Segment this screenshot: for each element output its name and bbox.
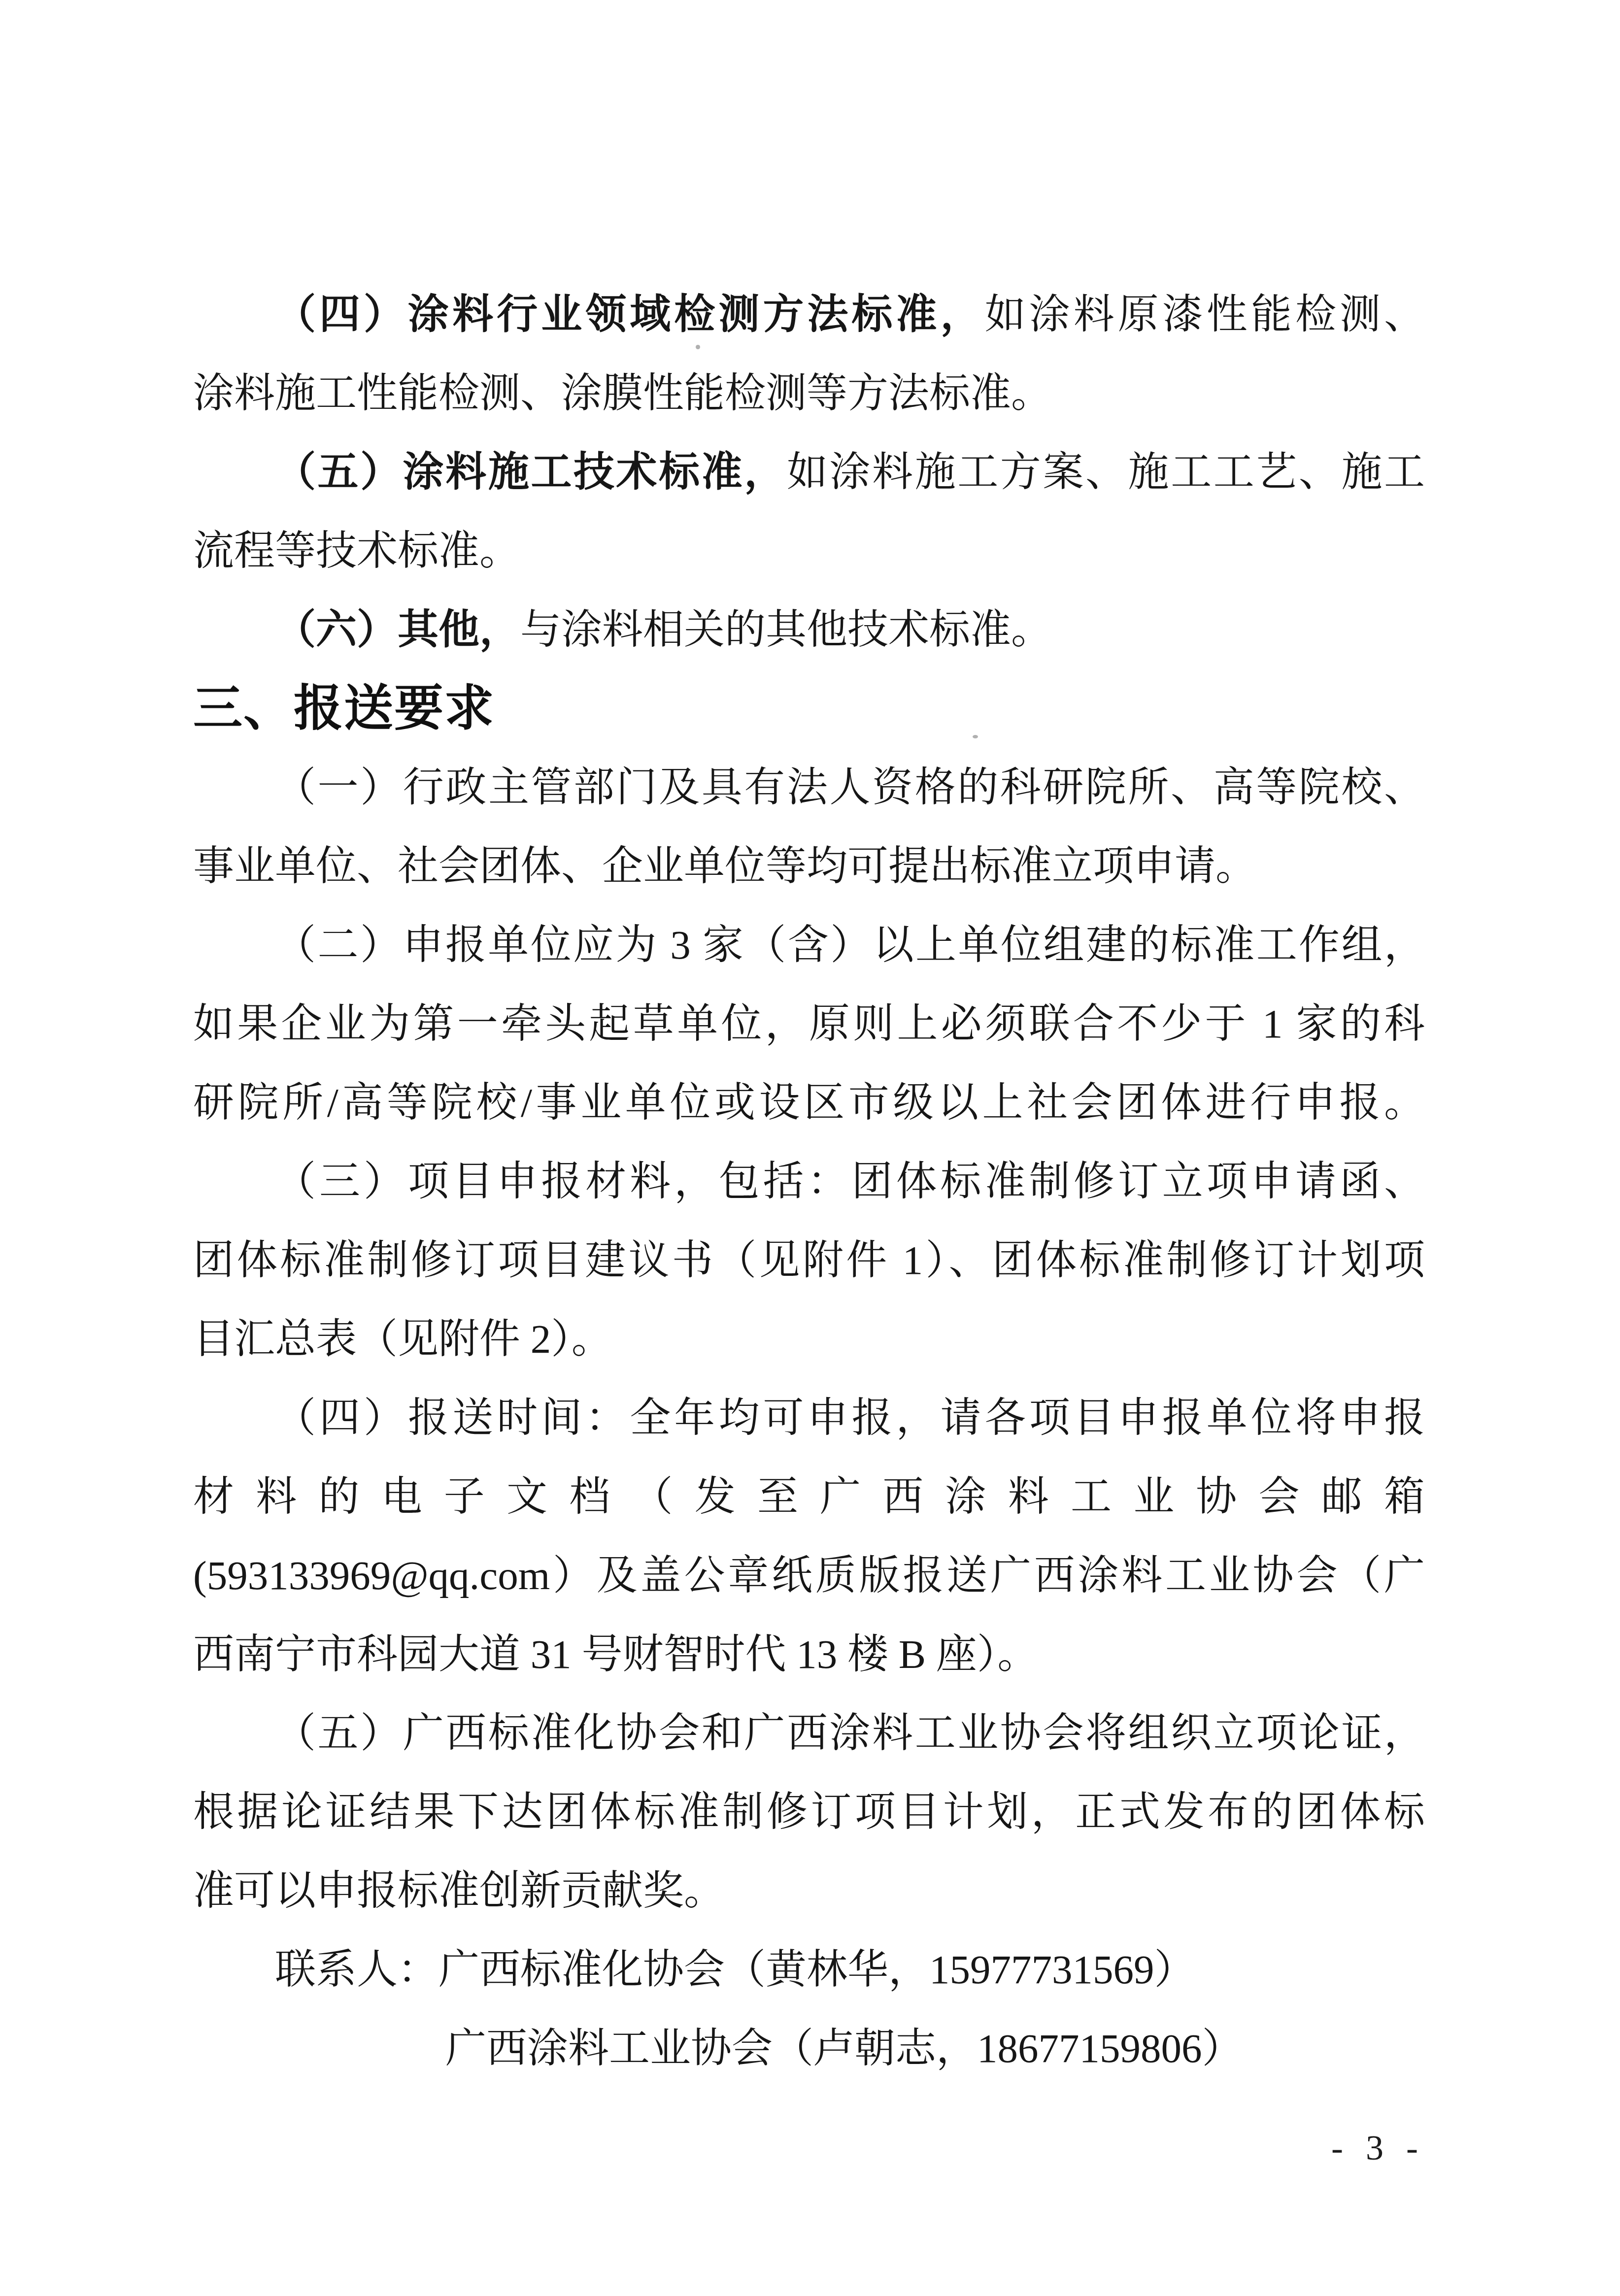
- text-line: （五）广西标准化协会和广西涂料工业协会将组织立项论证，: [193, 1694, 1425, 1772]
- text-line: 根据论证结果下达团体标准制修订项目计划，正式发布的团体标: [193, 1772, 1425, 1851]
- text-line: 研院所/高等院校/事业单位或设区市级以上社会团体进行申报。: [193, 1063, 1425, 1142]
- text-line: 西南宁市科园大道 31 号财智时代 13 楼 B 座）。: [193, 1615, 1425, 1694]
- bold-phrase: （四）涂料行业领域检测方法标准，: [275, 292, 985, 337]
- line-text: 事业单位、社会团体、企业单位等均可提出标准立项申请。: [193, 843, 1256, 889]
- scan-artifact: [973, 735, 978, 738]
- line-text: 联系人：广西标准化协会（黄林华，15977731569）: [275, 1947, 1195, 1992]
- text-line: (593133969@qq.com）及盖公章纸质版报送广西涂料工业协会（广: [193, 1536, 1425, 1615]
- line-text: 目汇总表（见附件 2）。: [193, 1316, 612, 1362]
- line-text: （五）广西标准化协会和广西涂料工业协会将组织立项论证，: [275, 1710, 1425, 1756]
- text-line: 联系人：广西标准化协会（黄林华，15977731569）: [193, 1930, 1425, 2009]
- text-line: （四）报送时间：全年均可申报，请各项目申报单位将申报: [193, 1378, 1425, 1457]
- line-text: (593133969@qq.com）及盖公章纸质版报送广西涂料工业协会（广: [193, 1553, 1425, 1598]
- line-text: 研院所/高等院校/事业单位或设区市级以上社会团体进行申报。: [193, 1080, 1425, 1125]
- line-text: （二）申报单位应为 3 家（含）以上单位组建的标准工作组，: [275, 922, 1425, 967]
- line-text: 根据论证结果下达团体标准制修订项目计划，正式发布的团体标: [193, 1789, 1425, 1834]
- text-line: 目汇总表（见附件 2）。: [193, 1299, 1425, 1378]
- line-text: 如果企业为第一牵头起草单位，原则上必须联合不少于 1 家的科: [193, 1001, 1425, 1046]
- text-line: （三）项目申报材料，包括：团体标准制修订立项申请函、: [193, 1142, 1425, 1221]
- document-page: （四）涂料行业领域检测方法标准，如涂料原漆性能检测、 涂料施工性能检测、涂膜性能…: [0, 0, 1620, 2296]
- text-line: （五）涂料施工技术标准，如涂料施工方案、施工工艺、施工: [193, 433, 1425, 511]
- text-line: 团体标准制修订项目建议书（见附件 1）、团体标准制修订计划项: [193, 1221, 1425, 1299]
- line-text: 团体标准制修订项目建议书（见附件 1）、团体标准制修订计划项: [193, 1237, 1425, 1283]
- text-line: 广西涂料工业协会（卢朝志，18677159806）: [193, 2009, 1425, 2088]
- line-text: （四）报送时间：全年均可申报，请各项目申报单位将申报: [275, 1395, 1425, 1440]
- line-text: 如涂料原漆性能检测、: [985, 292, 1425, 337]
- line-text: 流程等技术标准。: [193, 528, 520, 573]
- page-number: - 3 -: [1331, 2118, 1425, 2177]
- line-text: 与涂料相关的其他技术标准。: [520, 607, 1052, 652]
- text-line: 材料的电子文档（发至广西涂料工业协会邮箱: [193, 1457, 1425, 1536]
- bold-phrase: （六）其他，: [275, 607, 520, 652]
- line-text: （一）行政主管部门及具有法人资格的科研院所、高等院校、: [275, 765, 1425, 810]
- line-text: 西南宁市科园大道 31 号财智时代 13 楼 B 座）。: [193, 1631, 1038, 1677]
- bold-phrase: （五）涂料施工技术标准，: [275, 449, 787, 495]
- line-text: 涂料施工性能检测、涂膜性能检测等方法标准。: [193, 370, 1052, 416]
- text-line: （六）其他，与涂料相关的其他技术标准。: [193, 590, 1425, 669]
- line-text: （三）项目申报材料，包括：团体标准制修订立项申请函、: [275, 1159, 1425, 1204]
- text-line: （二）申报单位应为 3 家（含）以上单位组建的标准工作组，: [193, 905, 1425, 984]
- line-text: 材料的电子文档（发至广西涂料工业协会邮箱: [193, 1474, 1425, 1519]
- text-line: （一）行政主管部门及具有法人资格的科研院所、高等院校、: [193, 748, 1425, 827]
- line-text: 如涂料施工方案、施工工艺、施工: [787, 449, 1425, 495]
- text-line: 如果企业为第一牵头起草单位，原则上必须联合不少于 1 家的科: [193, 984, 1425, 1063]
- text-line: 流程等技术标准。: [193, 511, 1425, 590]
- line-text: 准可以申报标准创新贡献奖。: [193, 1868, 725, 1913]
- line-text: 广西涂料工业协会（卢朝志，18677159806）: [445, 2026, 1243, 2071]
- text-line: 事业单位、社会团体、企业单位等均可提出标准立项申请。: [193, 827, 1425, 905]
- text-line: （四）涂料行业领域检测方法标准，如涂料原漆性能检测、: [193, 275, 1425, 354]
- scan-artifact: [696, 345, 700, 349]
- document-body: （四）涂料行业领域检测方法标准，如涂料原漆性能检测、 涂料施工性能检测、涂膜性能…: [193, 275, 1425, 2088]
- text-line: 涂料施工性能检测、涂膜性能检测等方法标准。: [193, 354, 1425, 433]
- section-heading: 三、报送要求: [193, 669, 1425, 748]
- text-line: 准可以申报标准创新贡献奖。: [193, 1851, 1425, 1930]
